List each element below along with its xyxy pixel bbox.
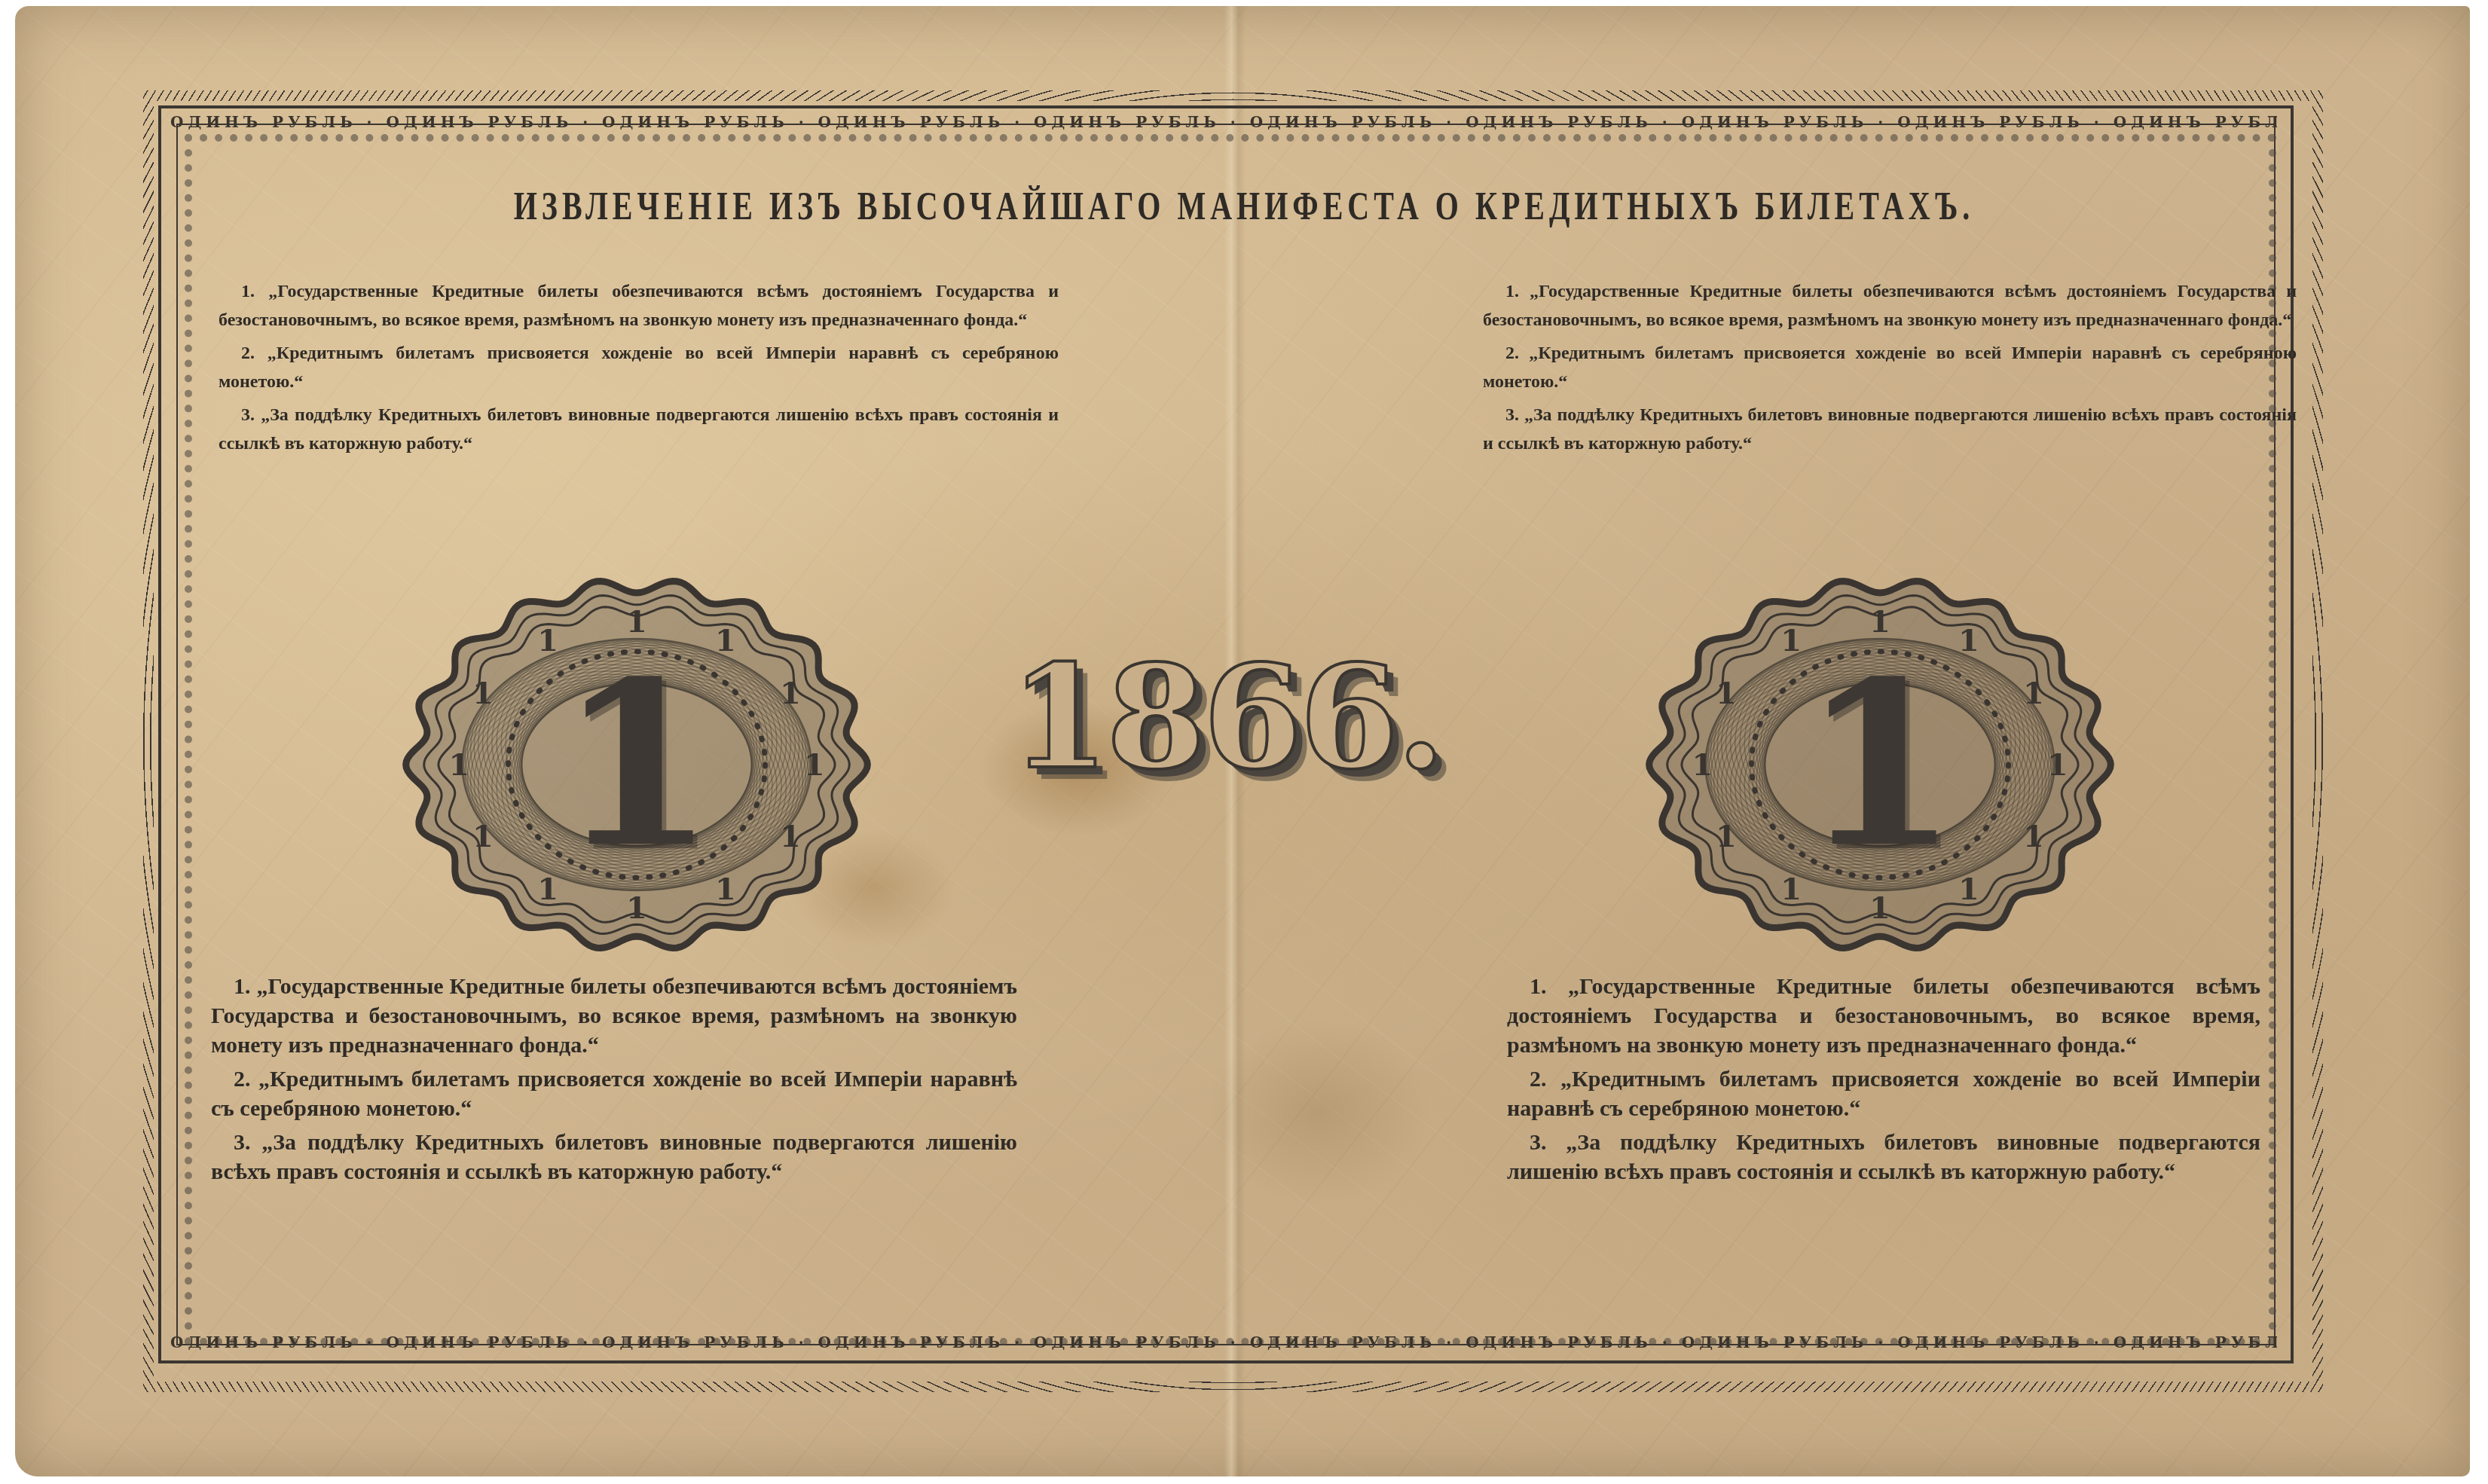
clause-1: 1. „Государственные Кредитные билеты обе… [1483, 277, 2297, 334]
svg-text:1: 1 [804, 747, 825, 783]
svg-text:1: 1 [537, 872, 558, 907]
clause-1: 1. „Государственные Кредитные билеты обе… [1507, 972, 2260, 1060]
svg-text:1: 1 [1780, 872, 1802, 907]
rosette-left: 111111111111 1 [392, 569, 882, 960]
clause-2: 2. „Кредитнымъ билетамъ присвояется хожд… [211, 1064, 1017, 1123]
svg-text:1: 1 [1958, 623, 1979, 658]
svg-text:1: 1 [715, 872, 736, 907]
svg-text:1: 1 [1958, 872, 1979, 907]
clause-2: 2. „Кредитнымъ билетамъ присвояется хожд… [1507, 1064, 2260, 1123]
svg-text:1: 1 [715, 623, 736, 658]
border-text-top: ОДИНЪ РУБЛЬ · ОДИНЪ РУБЛЬ · ОДИНЪ РУБЛЬ … [170, 113, 2277, 131]
clause-2: 2. „Кредитнымъ билетамъ присвояется хожд… [219, 339, 1059, 396]
clause-3: 3. „За поддѣлку Кредитныхъ билетовъ вино… [1507, 1128, 2260, 1186]
svg-text:1: 1 [472, 819, 494, 854]
clause-3: 3. „За поддѣлку Кредитныхъ билетовъ вино… [1483, 401, 2297, 458]
clause-1: 1. „Государственные Кредитные билеты обе… [211, 972, 1017, 1060]
svg-text:1: 1 [1716, 676, 1737, 711]
svg-text:1: 1 [780, 819, 801, 854]
text-block-top-right: 1. „Государственные Кредитные билеты обе… [1483, 277, 2297, 463]
svg-text:1: 1 [1780, 623, 1802, 658]
clause-3: 3. „За поддѣлку Кредитныхъ билетовъ вино… [211, 1128, 1017, 1186]
svg-text:1: 1 [1692, 747, 1713, 783]
issue-year: 1866. [1010, 633, 1575, 801]
svg-text:1: 1 [1716, 819, 1737, 854]
rosette-right: 111111111111 1 [1635, 569, 2125, 960]
denomination-numeral: 1 [558, 652, 716, 878]
svg-text:1: 1 [472, 676, 494, 711]
clause-2: 2. „Кредитнымъ билетамъ присвояется хожд… [1483, 339, 2297, 396]
denomination-numeral: 1 [1802, 652, 1959, 878]
manifesto-heading: ИЗВЛЕЧЕНІЕ ИЗЪ ВЫСОЧАЙШАГО МАНИФЕСТА О К… [0, 183, 2488, 229]
border-text-bottom: ОДИНЪ РУБЛЬ · ОДИНЪ РУБЛЬ · ОДИНЪ РУБЛЬ … [170, 1333, 2277, 1351]
clause-1: 1. „Государственные Кредитные билеты обе… [219, 277, 1059, 334]
svg-text:1: 1 [448, 747, 469, 783]
svg-text:1: 1 [2047, 747, 2068, 783]
text-block-top-left: 1. „Государственные Кредитные билеты обе… [219, 277, 1059, 463]
svg-text:1: 1 [780, 676, 801, 711]
svg-text:1: 1 [2023, 676, 2044, 711]
svg-text:1: 1 [537, 623, 558, 658]
text-block-bottom-right: 1. „Государственные Кредитные билеты обе… [1507, 972, 2260, 1191]
text-block-bottom-left: 1. „Государственные Кредитные билеты обе… [211, 972, 1017, 1191]
clause-3: 3. „За поддѣлку Кредитныхъ билетовъ вино… [219, 401, 1059, 458]
svg-text:1: 1 [2023, 819, 2044, 854]
